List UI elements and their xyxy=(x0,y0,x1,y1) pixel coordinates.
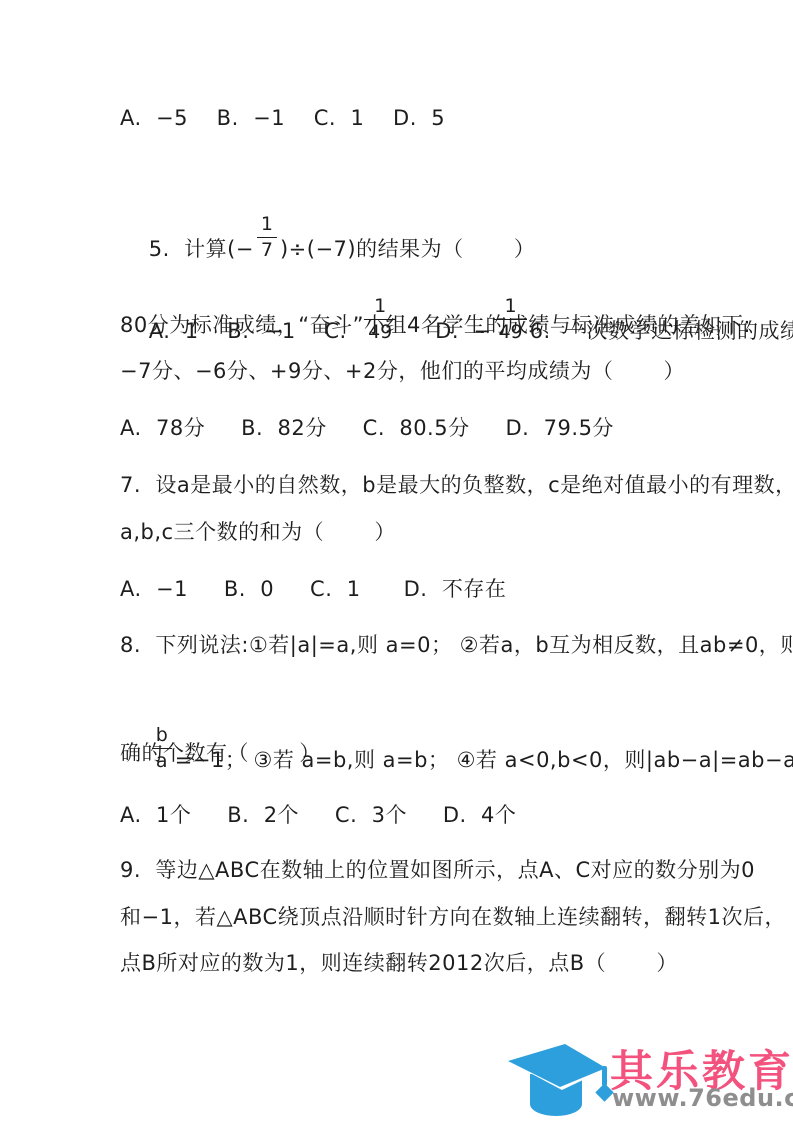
graduation-cap-icon xyxy=(494,1038,616,1122)
q6-options-line: A. 78分 B. 82分 C. 80.5分 D. 79.5分 xyxy=(120,415,614,442)
question-6-line2: 80分为标准成绩，“奋斗”小组4名学生的成绩与标准成绩的差如下: xyxy=(120,312,751,339)
fraction-denominator: 7 xyxy=(257,238,277,262)
question-9-line2: 和−1，若△ABC绕顶点沿顺时针方向在数轴上连续翻转，翻转1次后， xyxy=(120,904,786,931)
website-url: www.76edu.com xyxy=(612,1084,793,1112)
q7-options-line: A. −1 B. 0 C. 1 D. 不存在 xyxy=(120,576,506,603)
q5-text-prefix: 5. 计算(− xyxy=(149,237,254,261)
brand-name: 其乐教育 xyxy=(610,1038,793,1099)
q5-text-suffix: )÷(−7)的结果为（ ） xyxy=(280,237,535,261)
question-9-line3: 点B所对应的数为1，则连续翻转2012次后，点B（ ） xyxy=(120,950,678,977)
question-9-line1: 9. 等边△ABC在数轴上的位置如图所示，点A、C对应的数分别为0 xyxy=(120,857,755,884)
q4-options-line: A. −5 B. −1 C. 1 D. 5 xyxy=(120,105,445,132)
question-8-line3: 确的个数有（ ） xyxy=(120,740,321,767)
question-8-line1: 8. 下列说法:①若|a|=a,则 a=0； ②若a，b互为相反数，且ab≠0，… xyxy=(120,632,793,659)
question-6-line3: −7分、−6分、+9分、+2分，他们的平均成绩为（ ） xyxy=(120,358,685,385)
question-7-line2: a,b,c三个数的和为（ ） xyxy=(120,519,396,546)
exam-page: A. −5 B. −1 C. 1 D. 5 5. 计算(−17)÷(−7)的结果… xyxy=(0,0,793,1122)
q8-options-line: A. 1个 B. 2个 C. 3个 D. 4个 xyxy=(120,802,516,829)
question-7-line1: 7. 设a是最小的自然数，b是最大的负整数，c是绝对值最小的有理数， xyxy=(120,472,793,499)
fraction-numerator: 1 xyxy=(257,213,277,238)
fraction-one-seventh: 17 xyxy=(257,213,277,262)
